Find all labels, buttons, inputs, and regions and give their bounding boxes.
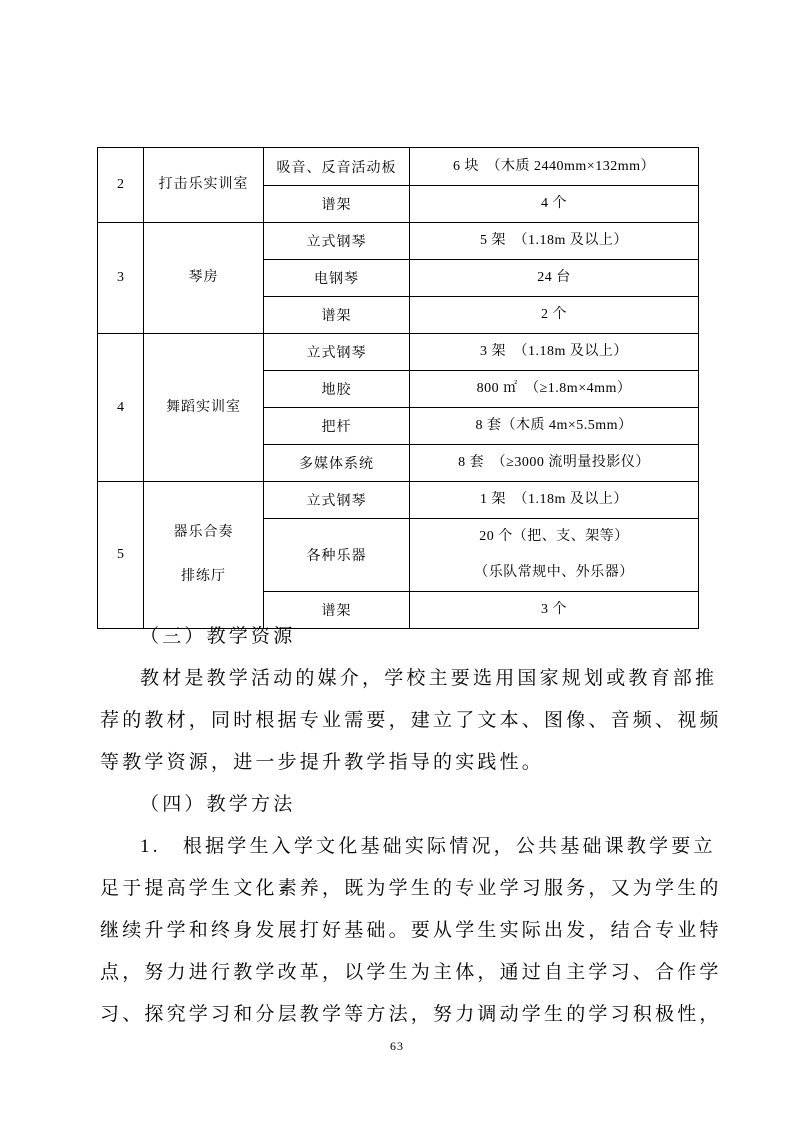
equipment-item-cell: 谱架 [264,186,410,223]
body-line: 点，努力进行教学改革，以学生为主体，通过自主学习、合作学 [100,952,760,994]
equipment-item-cell: 立式钢琴 [264,334,410,371]
equipment-spec-cell: 3 架 （1.18m 及以上） [410,334,699,371]
row-index-cell: 3 [98,223,144,334]
body-line: 荐的教材，同时根据专业需要，建立了文本、图像、音频、视频 [100,700,760,742]
equipment-spec-cell: 2 个 [410,297,699,334]
body-line: 继续升学和终身发展打好基础。要从学生实际出发，结合专业特 [100,910,760,952]
equipment-item-cell: 立式钢琴 [264,223,410,260]
section-heading-teaching-resources: （三）教学资源 [100,616,760,658]
room-name-cell: 琴房 [144,223,264,334]
room-name-cell: 舞蹈实训室 [144,334,264,482]
equipment-item-cell: 地胶 [264,371,410,408]
equipment-table: 2 打击乐实训室 吸音、反音活动板 6 块 （木质 2440mm×132mm） … [97,147,699,629]
row-index-cell: 5 [98,482,144,629]
equipment-spec-cell: 24 台 [410,260,699,297]
equipment-item-cell: 立式钢琴 [264,482,410,519]
section-heading-teaching-methods: （四）教学方法 [100,784,760,826]
table-row: 2 打击乐实训室 吸音、反音活动板 6 块 （木质 2440mm×132mm） [98,148,699,186]
equipment-item-cell: 多媒体系统 [264,445,410,482]
equipment-spec-cell: 800 ㎡ （≥1.8m×4mm） [410,371,699,408]
body-text: （三）教学资源 教材是教学活动的媒介，学校主要选用国家规划或教育部推 荐的教材，… [100,616,760,1036]
body-line: 教材是教学活动的媒介，学校主要选用国家规划或教育部推 [100,658,760,700]
equipment-spec-cell: 8 套（木质 4m×5.5mm） [410,408,699,445]
equipment-spec-cell: 8 套 （≥3000 流明量投影仪） [410,445,699,482]
body-line: 1. 根据学生入学文化基础实际情况，公共基础课教学要立 [100,826,760,868]
room-name-cell: 打击乐实训室 [144,148,264,223]
body-line: 等教学资源，进一步提升教学指导的实践性。 [100,742,760,784]
equipment-item-cell: 谱架 [264,297,410,334]
table-row: 5 器乐合奏 排练厅 立式钢琴 1 架 （1.18m 及以上） [98,482,699,519]
equipment-spec-cell: 20 个（把、支、架等） （乐队常规中、外乐器） [410,519,699,592]
equipment-spec-cell: 6 块 （木质 2440mm×132mm） [410,148,699,186]
equipment-spec-cell: 5 架 （1.18m 及以上） [410,223,699,260]
row-index-cell: 4 [98,334,144,482]
table-row: 4 舞蹈实训室 立式钢琴 3 架 （1.18m 及以上） [98,334,699,371]
equipment-item-cell: 吸音、反音活动板 [264,148,410,186]
equipment-item-cell: 电钢琴 [264,260,410,297]
page-number: 63 [0,1039,794,1054]
row-index-cell: 2 [98,148,144,223]
table-row: 3 琴房 立式钢琴 5 架 （1.18m 及以上） [98,223,699,260]
room-name-cell: 器乐合奏 排练厅 [144,482,264,629]
document-page: 2 打击乐实训室 吸音、反音活动板 6 块 （木质 2440mm×132mm） … [0,0,794,1123]
body-line: 足于提高学生文化素养，既为学生的专业学习服务，又为学生的 [100,868,760,910]
body-line: 习、探究学习和分层教学等方法，努力调动学生的学习积极性， [100,994,760,1036]
equipment-spec-cell: 1 架 （1.18m 及以上） [410,482,699,519]
equipment-item-cell: 各种乐器 [264,519,410,592]
equipment-item-cell: 把杆 [264,408,410,445]
equipment-spec-cell: 4 个 [410,186,699,223]
